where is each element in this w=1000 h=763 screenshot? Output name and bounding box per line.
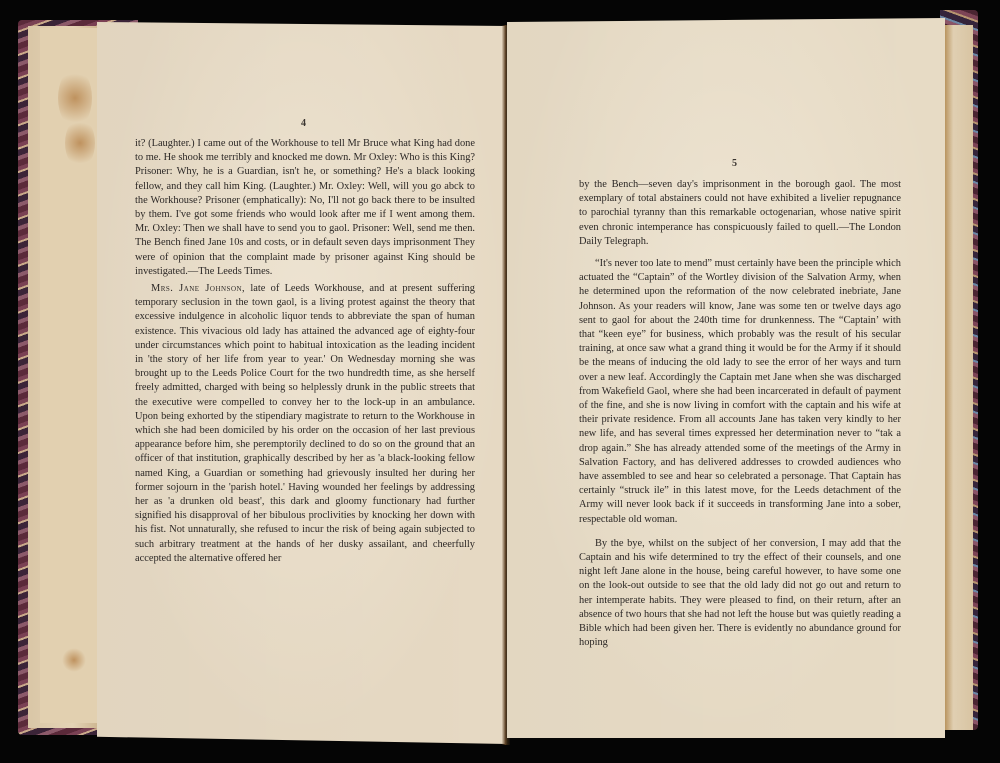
foxing-stain <box>65 118 95 168</box>
smallcaps-lead: Mrs. Jane Johnson, <box>151 283 245 294</box>
paragraph: By the bye, whilst on the subject of her… <box>579 537 901 651</box>
paragraph: Mrs. Jane Johnson, late of Leeds Workhou… <box>135 282 475 566</box>
page-number: 4 <box>301 118 306 129</box>
flyleaf-right <box>945 25 973 730</box>
left-page-text: it? (Laughter.) I came out of the Workho… <box>135 137 475 566</box>
foxing-stain <box>62 648 86 672</box>
left-page: 4 it? (Laughter.) I came out of the Work… <box>97 22 507 744</box>
right-page: 5 by the Bench—seven day's imprisonment … <box>507 18 945 738</box>
flyleaf-left-inner <box>40 28 100 723</box>
paragraph: by the Bench—seven day's imprisonment in… <box>579 178 901 249</box>
open-book: 4 it? (Laughter.) I came out of the Work… <box>0 0 1000 763</box>
paragraph: it? (Laughter.) I came out of the Workho… <box>135 137 475 279</box>
right-page-text: by the Bench—seven day's imprisonment in… <box>579 178 901 651</box>
paragraph-body: late of Leeds Workhouse, and at present … <box>135 283 475 564</box>
paragraph: “It's never too late to mend” must certa… <box>579 257 901 527</box>
page-number: 5 <box>732 158 737 169</box>
